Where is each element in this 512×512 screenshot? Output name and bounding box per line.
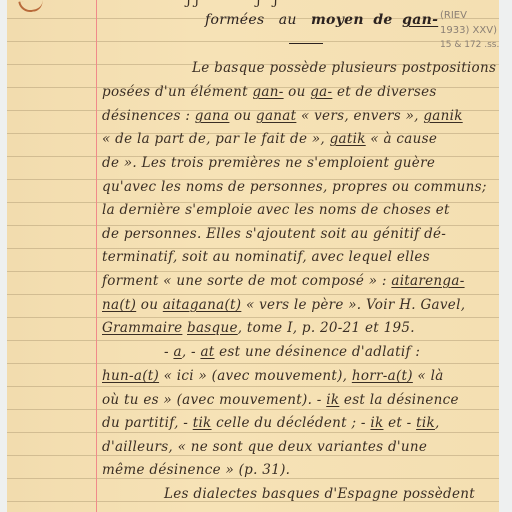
line-text: , [435,415,440,431]
pencil-reference-line-2: 1933) XXV) [440,25,497,36]
line-text: de personnes. Elles s'ajoutent soit au g… [102,226,446,242]
manuscript-line: Le basque possède plusieurs postposition… [192,60,499,76]
manuscript-line: qu'avec les noms de personnes, propres o… [102,179,487,195]
manuscript-line: du partitif, - tik celle du déclédent ; … [102,415,440,431]
line-text: ou [229,108,256,124]
manuscript-line: où tu es » (avec mouvement). - ik est la… [102,392,459,408]
line-text: du partitif, - [102,415,193,431]
manuscript-line: « de la part de, par le fait de », gatik… [102,131,437,147]
cut-off-title-fragment: ʃ ʃ ʃ ʃ [187,0,278,8]
manuscript-line: la dernière s'emploie avec les noms de c… [102,202,450,218]
underlined-term: aitarenga- [391,273,464,289]
line-text: est une désinence d'adlatif : [215,344,421,360]
line-text: où tu es » (avec mouvement). - [102,392,326,408]
line-text: ou [136,297,163,313]
underlined-term: gana [195,108,230,124]
line-text: « vers le père ». Voir H. Gavel, [241,297,465,313]
underlined-term: gatik [330,131,366,147]
title-word: de [373,12,392,28]
underlined-term: horr-a(t) [352,368,413,384]
underlined-term: ga- [310,84,332,100]
underlined-term: ik [370,415,383,431]
underlined-term: na(t) [102,297,136,313]
line-text: , - [182,344,201,360]
pencil-reference-line-1: (RIEV [440,10,467,21]
line-text: et - [383,415,416,431]
manuscript-line: - a, - at est une désinence d'adlatif : [164,344,420,360]
line-text: désinences : [102,108,195,124]
line-text: « là [413,368,444,384]
underlined-term: ganat [256,108,296,124]
line-text: « de la part de, par le fait de », [102,131,330,147]
manuscript-line: posées d'un élément gan- ou ga- et de di… [102,84,437,100]
title-word: moyen [311,12,364,28]
line-text: même désinence » (p. 31). [102,462,290,478]
line-text: qu'avec les noms de personnes, propres o… [102,179,487,195]
line-text: est la désinence [339,392,459,408]
underlined-term: hun-a(t) [102,368,159,384]
line-text: et de diverses [332,84,436,100]
underlined-term: ganik [423,108,462,124]
manuscript-line: de ». Les trois premières ne s'emploient… [102,155,435,171]
title-word-gan: gan- [402,12,438,28]
manuscript-line: na(t) ou aitagana(t) « vers le père ». V… [102,297,465,313]
underlined-term: Grammaire [102,320,182,336]
manuscript-page: ʃ ʃ ʃ ʃ formées au moyen de gan- (RIEV 1… [7,0,499,512]
ink-stain [18,0,43,14]
line-text: celle du déclédent ; - [212,415,371,431]
manuscript-line: hun-a(t) « ici » (avec mouvement), horr-… [102,368,444,384]
manuscript-line: désinences : gana ou ganat « vers, enver… [102,108,463,124]
title-separator-bar [289,43,323,44]
line-text: « à cause [366,131,437,147]
manuscript-line: de personnes. Elles s'ajoutent soit au g… [102,226,446,242]
underlined-term: ik [326,392,339,408]
manuscript-line: d'ailleurs, « ne sont que deux variantes… [102,439,427,455]
underlined-term: aitagana(t) [163,297,242,313]
underlined-term: tik [193,415,212,431]
underlined-term: at [200,344,214,360]
manuscript-line: terminatif, soit au nominatif, avec lequ… [102,249,430,265]
line-text: de ». Les trois premières ne s'emploient… [102,155,435,171]
manuscript-line: même désinence » (p. 31). [102,462,290,478]
line-text: terminatif, soit au nominatif, avec lequ… [102,249,430,265]
manuscript-line: Grammaire basque, tome I, p. 20-21 et 19… [102,320,415,336]
line-text: la dernière s'emploie avec les noms de c… [102,202,450,218]
line-text: « ici » (avec mouvement), [159,368,352,384]
manuscript-line: Les dialectes basques d'Espagne possèden… [164,486,475,502]
red-margin-line [96,0,97,512]
title-line: formées au moyen de gan- [205,12,438,28]
underlined-term: a [173,344,181,360]
line-text: , tome I, p. 20-21 et 195. [238,320,415,336]
title-word: formées [205,12,264,28]
line-text: « vers, envers », [296,108,423,124]
manuscript-line: forment « une sorte de mot composé » : a… [102,273,465,289]
line-text: ou [284,84,311,100]
line-text: d'ailleurs, « ne sont que deux variantes… [102,439,427,455]
underlined-term: basque [187,320,238,336]
line-text: Les dialectes basques d'Espagne possèden… [164,486,475,502]
underlined-term: gan- [252,84,283,100]
underlined-term: tik [416,415,435,431]
line-text: posées d'un élément [102,84,252,100]
pencil-reference-line-3: 15 & 172 .ss. [440,40,499,50]
line-text: forment « une sorte de mot composé » : [102,273,391,289]
title-word: au [279,12,297,28]
line-text: Le basque possède plusieurs postposition… [192,60,499,76]
